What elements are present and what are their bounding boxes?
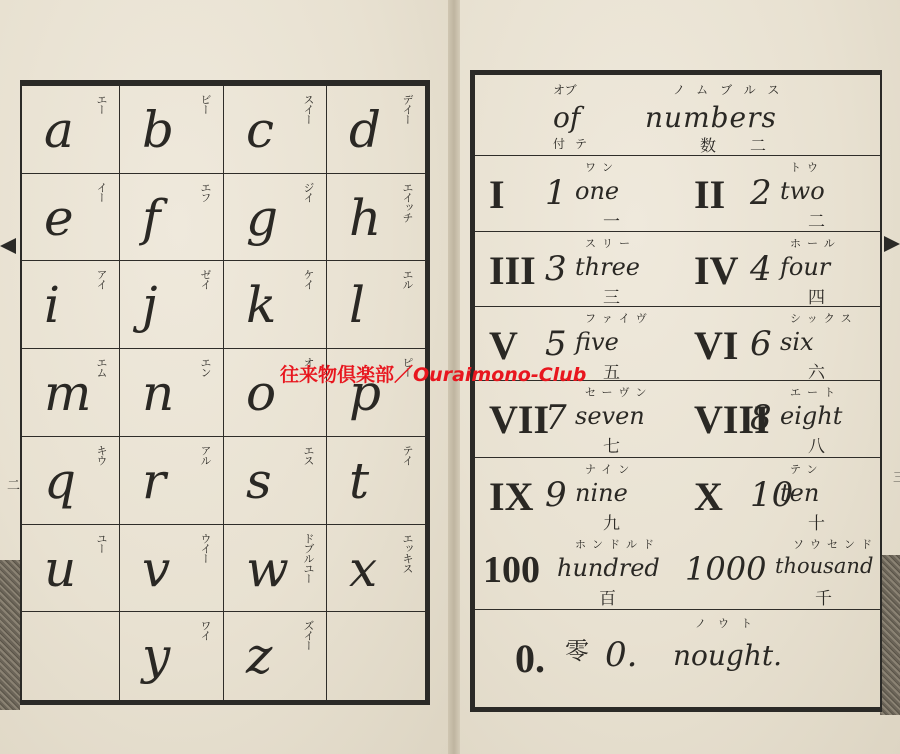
katakana-reading: エン [197, 357, 213, 377]
page-edge-shadow [0, 560, 20, 710]
katakana-reading: ナイン [585, 461, 635, 477]
letter-cell-z: zズイー [224, 612, 327, 700]
thousand-kanji: 千 [815, 584, 832, 609]
letter-cell-l: lエル [327, 261, 425, 349]
katakana-reading: エム [93, 357, 109, 377]
cursive-letter: r [142, 451, 166, 511]
kanji-numeral: 二 [808, 207, 825, 232]
letter-cell-j: jゼイ [120, 261, 224, 349]
letter-cell-s: sエス [224, 437, 327, 525]
arabic-numeral: 9 [545, 475, 567, 515]
roman-numeral: IX [489, 473, 533, 520]
number-row: I1ワンone一II2トウtwo二 [475, 155, 880, 232]
letter-cell-u: uユー [22, 525, 120, 613]
hundred-reading: ホンドルド [575, 536, 660, 552]
katakana-reading: キウ [93, 445, 109, 465]
letter-cell-d: dデイー [327, 86, 425, 174]
roman-numeral: VII [489, 396, 549, 443]
hundred-kanji: 百 [599, 584, 616, 609]
letter-cell-g: gジイ [224, 174, 327, 262]
of-word: of [553, 101, 580, 134]
arabic-numeral: 7 [545, 398, 567, 438]
katakana-reading: スイー [300, 94, 316, 124]
katakana-reading: エイッチ [399, 182, 415, 222]
thousand-number: 1000 [685, 550, 766, 588]
book-spread: 二 aエーbビーcスイーdデイーeイーfエフgジイhエイッチiアイjゼイkケイl… [0, 0, 900, 754]
english-word: three [575, 253, 640, 281]
empty-cell [327, 612, 425, 700]
katakana-reading: アル [197, 445, 213, 465]
letter-cell-w: wドブルユー [224, 525, 327, 613]
letter-cell-m: mエム [22, 349, 120, 437]
arabic-numeral: 6 [750, 324, 772, 364]
cursive-letter: n [142, 363, 174, 423]
numbers-word: numbers [645, 101, 777, 134]
katakana-reading: イー [93, 182, 109, 202]
katakana-reading: ズイー [300, 620, 316, 650]
english-word: eight [780, 402, 842, 430]
zero-number: 0. [515, 635, 545, 682]
cursive-letter: x [349, 539, 377, 599]
cursive-letter: h [349, 188, 381, 248]
roman-numeral: X [694, 473, 723, 520]
zero-arabic: 0. [605, 635, 637, 675]
katakana-reading: ケイ [300, 269, 316, 289]
katakana-reading: ユー [93, 533, 109, 553]
of-kanji: 付テ [553, 135, 597, 152]
letter-cell-h: hエイッチ [327, 174, 425, 262]
watermark-jp: 往来物倶楽部／ [280, 364, 413, 386]
empty-cell [22, 612, 120, 700]
cursive-letter: i [44, 275, 60, 335]
cursive-letter: e [44, 188, 74, 248]
kanji-numeral: 八 [808, 432, 825, 457]
roman-numeral: VI [694, 322, 738, 369]
katakana-reading: スリー [585, 235, 636, 251]
letter-cell-i: iアイ [22, 261, 120, 349]
cursive-letter: j [142, 275, 158, 335]
watermark: 往来物倶楽部／Ouraimono-Club [280, 360, 586, 387]
cursive-letter: y [142, 626, 170, 686]
letter-cell-f: fエフ [120, 174, 224, 262]
katakana-reading: ウイー [197, 533, 213, 563]
alphabet-grid: aエーbビーcスイーdデイーeイーfエフgジイhエイッチiアイjゼイkケイlエル… [20, 80, 430, 705]
katakana-reading: エー [93, 94, 109, 114]
english-word: six [780, 328, 814, 356]
zero-row: 0. 零 0. ノウト nought. [475, 609, 880, 707]
nought-reading: ノウト [695, 615, 764, 631]
hundred-number: 100 [483, 548, 540, 592]
katakana-reading: エス [300, 445, 316, 465]
letter-cell-c: cスイー [224, 86, 327, 174]
letter-cell-t: tテイ [327, 437, 425, 525]
page-tab-marker [884, 236, 900, 252]
kanji-numeral: 三 [603, 283, 620, 308]
katakana-reading: ビー [197, 94, 213, 114]
letter-cell-r: rアル [120, 437, 224, 525]
cursive-letter: w [246, 539, 289, 599]
arabic-numeral: 1 [545, 173, 567, 213]
cursive-letter: g [246, 188, 278, 248]
cursive-letter: m [44, 363, 91, 423]
cursive-letter: l [349, 275, 365, 335]
kanji-numeral: 七 [603, 432, 620, 457]
katakana-reading: デイー [399, 94, 415, 124]
letter-cell-a: aエー [22, 86, 120, 174]
kanji-numeral: 十 [808, 509, 825, 534]
kanji-numeral: 四 [808, 283, 825, 308]
thousand-reading: ソウセンド [793, 536, 878, 552]
cursive-letter: q [44, 451, 76, 511]
cursive-letter: u [44, 539, 76, 599]
katakana-reading: アイ [93, 269, 109, 289]
katakana-reading: エル [399, 269, 415, 289]
number-row: III3スリーthree三IV4ホールfour四 [475, 231, 880, 307]
letter-cell-q: qキウ [22, 437, 120, 525]
letter-cell-n: nエン [120, 349, 224, 437]
letter-cell-k: kケイ [224, 261, 327, 349]
hundred-word: hundred [557, 554, 660, 582]
numbers-kanji: 数二 [700, 133, 800, 156]
roman-numeral: II [694, 171, 725, 218]
roman-numeral: IV [694, 247, 738, 294]
english-word: two [780, 177, 825, 205]
katakana-reading: エート [790, 384, 841, 400]
katakana-reading: ドブルユー [300, 533, 316, 583]
arabic-numeral: 8 [750, 398, 772, 438]
cursive-letter: c [246, 100, 274, 160]
numbers-table: オブ of 付テ ノムブルス numbers 数二 I1ワンone一II2トウt… [470, 70, 882, 712]
letter-cell-y: yワイ [120, 612, 224, 700]
table-header: オブ of 付テ ノムブルス numbers 数二 [475, 75, 880, 156]
arabic-numeral: 5 [545, 324, 567, 364]
cursive-letter: b [142, 100, 174, 160]
katakana-reading: ワン [585, 159, 619, 175]
kanji-numeral: 九 [603, 509, 620, 534]
watermark-en: Ouraimono-Club [413, 364, 586, 386]
letter-cell-v: vウイー [120, 525, 224, 613]
letter-cell-b: bビー [120, 86, 224, 174]
arabic-numeral: 3 [545, 249, 567, 289]
english-word: ten [780, 479, 819, 507]
katakana-reading: ジイ [300, 182, 316, 202]
page-tab-marker [0, 238, 16, 254]
katakana-reading: テン [790, 461, 823, 477]
katakana-reading: トウ [790, 159, 824, 175]
page-edge-shadow [880, 555, 900, 715]
katakana-reading: ゼイ [197, 269, 213, 289]
roman-numeral: III [489, 247, 536, 294]
english-word: five [575, 328, 619, 356]
number-row: VII7セーヴンseven七VIII8エートeight八 [475, 380, 880, 458]
of-reading: オブ [553, 81, 577, 98]
katakana-reading: ワイ [197, 620, 213, 640]
letter-cell-x: xエッキス [327, 525, 425, 613]
cursive-letter: f [142, 188, 161, 248]
arabic-numeral: 4 [750, 249, 772, 289]
arabic-numeral: 2 [750, 173, 772, 213]
english-word: one [575, 177, 619, 205]
english-word: four [780, 253, 830, 281]
katakana-reading: セーヴン [585, 384, 653, 400]
cursive-letter: z [246, 626, 272, 686]
number-row: IX9ナインnine九X10テンten十 [475, 457, 880, 532]
katakana-reading: シックス [790, 310, 858, 326]
cursive-letter: t [349, 451, 369, 511]
english-word: seven [575, 402, 645, 430]
hundreds-row: 100 ホンドルド hundred 百 1000 ソウセンド thousand … [475, 532, 880, 610]
katakana-reading: エッキス [399, 533, 415, 573]
page-number-mark: 二 [2, 478, 21, 491]
katakana-reading: ホール [790, 235, 841, 251]
page-number-mark: 三 [888, 470, 900, 483]
cursive-letter: a [44, 100, 74, 160]
roman-numeral: I [489, 171, 505, 218]
cursive-letter: v [142, 539, 170, 599]
katakana-reading: エフ [197, 182, 213, 202]
numbers-reading: ノムブルス [673, 81, 791, 98]
katakana-reading: ファイヴ [585, 310, 653, 326]
nought-word: nought. [673, 639, 782, 672]
letter-cell-e: eイー [22, 174, 120, 262]
english-word: nine [575, 479, 628, 507]
thousand-word: thousand [775, 554, 873, 578]
zero-kanji: 零 [565, 631, 589, 666]
katakana-reading: テイ [399, 445, 415, 465]
cursive-letter: o [246, 363, 276, 423]
cursive-letter: d [349, 100, 381, 160]
kanji-numeral: 一 [603, 207, 620, 232]
cursive-letter: k [246, 275, 276, 335]
cursive-letter: s [246, 451, 272, 511]
